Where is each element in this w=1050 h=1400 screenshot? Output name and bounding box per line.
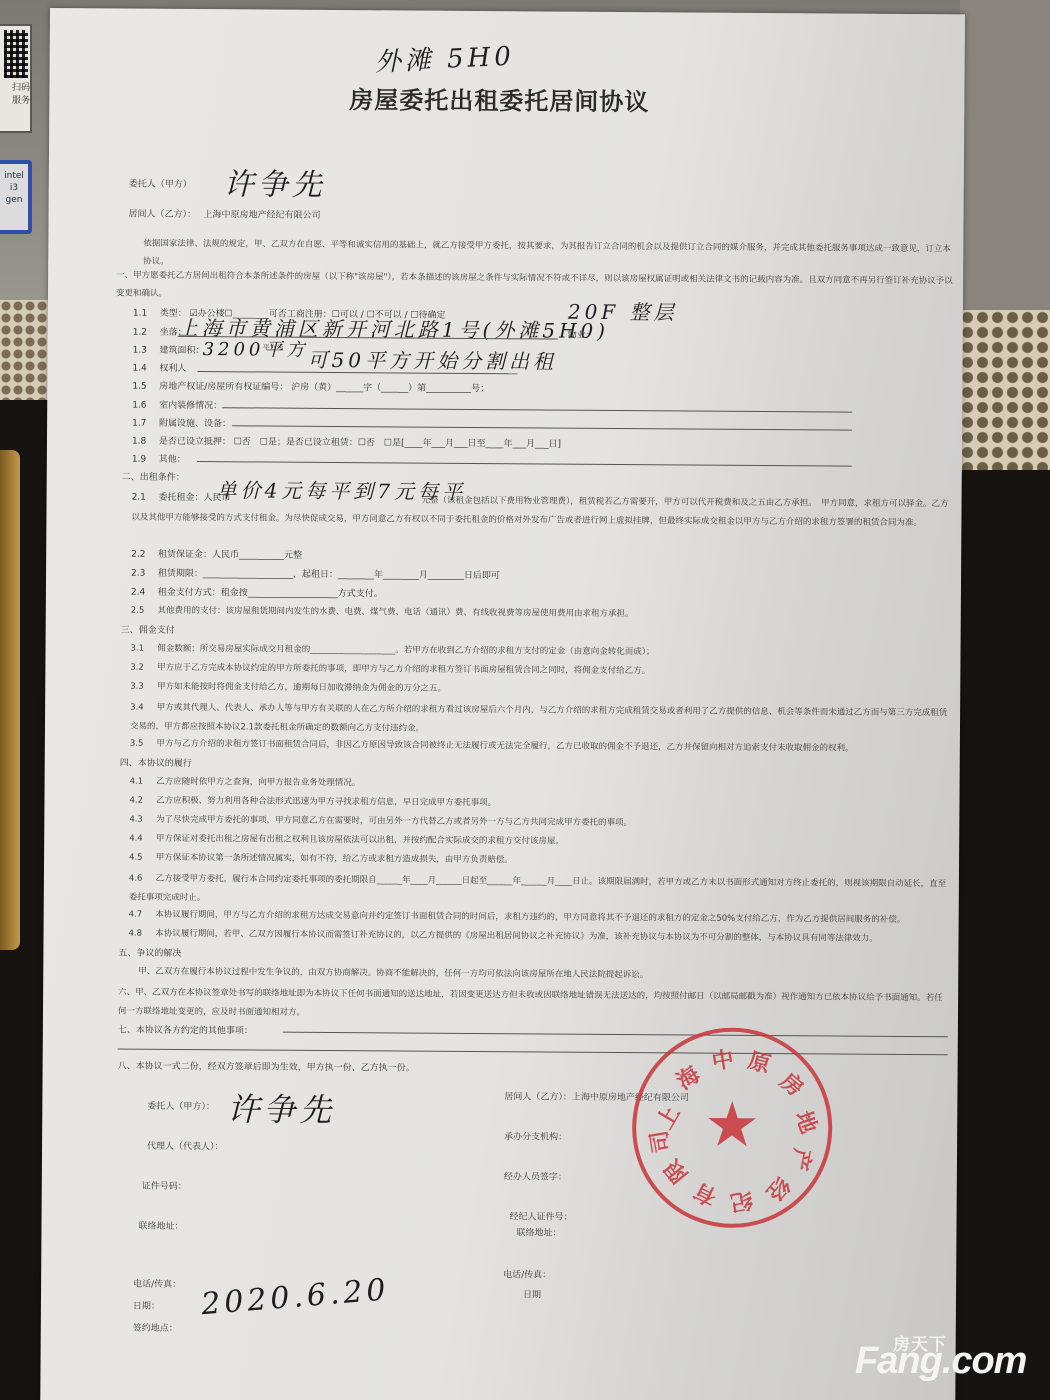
- seal-char: 地: [789, 1106, 826, 1137]
- client-signature-top: 许争先: [224, 159, 326, 204]
- agent-label: 居间人（乙方）：: [129, 207, 197, 220]
- section6-text: 六、甲、乙双方在本协议签章处书写的联络地址即为本协议下任何书面通知的送达地址，若…: [118, 983, 948, 1027]
- section7-text: 七、本协议各方约定的其他事项：: [118, 1022, 253, 1036]
- seal-char: 司: [642, 1128, 676, 1155]
- sig-branch-label: 承办分支机构：: [504, 1129, 567, 1142]
- handwritten-area: 3200平方: [203, 335, 309, 362]
- other-line: [197, 461, 852, 467]
- item-4-3: 4.3 为了尽快完成甲方委托的事项，甲方同意乙方在需要时，可由另外一方代替乙方或…: [129, 813, 949, 831]
- sig-broker-id-label: 经纪人证件号：: [510, 1209, 573, 1222]
- sig-date-value: 2020.6.20: [200, 1272, 391, 1322]
- other-matters-line-1: [283, 1032, 948, 1038]
- qr-sticker-line2: 服务: [0, 93, 30, 106]
- laptop-edge: [960, 0, 1050, 310]
- item-3-1: 3.1 佣金数额：所交易房屋实际成交月租金的__________________…: [130, 642, 950, 660]
- item-3-2: 3.2 甲方应于乙方完成本协议约定的甲方所委托的事项，即甲方与乙方介绍的求租方签…: [130, 661, 950, 679]
- item-1-7: 1.7 附属设施、设备：: [132, 416, 231, 430]
- sig-right-phone-label: 电话/传真：: [503, 1267, 551, 1280]
- item-4-2: 4.2 乙方应积极、努力利用各种合法形式迅速为甲方寻找求租方信息，早日完成甲方委…: [129, 794, 949, 812]
- item-2-1-text: 元整（该租金包括以下费用物业管理费），租赁税若乙方需要开，甲方可以代开税费和及之…: [131, 490, 951, 554]
- item-2-4: 2.4 租金支付方式：租金按____________________方式支付。: [131, 585, 383, 600]
- item-3-4: 3.4 甲方或其代理人、代表人、承办人等与甲方有关联的人在乙方所介绍的求租方看过…: [130, 699, 950, 743]
- section5-heading: 五、争议的解决: [118, 946, 181, 959]
- seal-char: 有: [688, 1176, 721, 1213]
- section5-text: 甲、乙双方在履行本协议过程中发生争议的，由双方协商解决。协商不能解决的，任何一方…: [138, 965, 948, 983]
- section4-heading: 四、本协议的履行: [120, 756, 192, 770]
- qr-code-icon: [4, 30, 28, 78]
- section2-heading: 二、出租条件：: [122, 470, 185, 483]
- seal-char: 原: [745, 1044, 774, 1080]
- seal-char: 房: [774, 1065, 811, 1103]
- item-4-6: 4.6 乙方接受甲方委托，履行本合同约定委托事项的委托期限自______年___…: [129, 870, 949, 914]
- section8-text: 八、本协议一式二份，经双方签章后即为生效，甲方执一份、乙方执一份。: [118, 1058, 415, 1073]
- sig-client-signature: 许争先: [227, 1084, 335, 1131]
- seal-star-icon: ★: [704, 1094, 760, 1156]
- fang-watermark: 房天下 Fang.com: [855, 1330, 1045, 1390]
- item-4-4: 4.4 甲方保证对委托出租之房屋有出租之权利且该房屋依法可以出租，并按约配合实际…: [129, 832, 949, 850]
- intel-gen: gen: [0, 194, 28, 206]
- handwritten-header: 外滩 5H0: [374, 36, 516, 79]
- company-seal: ★ 上 海 中 原 房 地 产 经 纪 有 限 司: [632, 1027, 833, 1228]
- seal-char: 纪: [728, 1185, 755, 1219]
- sig-handler-label: 经办人员签字：: [504, 1169, 567, 1182]
- seal-char: 产: [785, 1146, 819, 1173]
- item-4-8: 4.8 本协议履行期间，若甲、乙双方因履行本协议而需签订补充协议的，以乙方提供的…: [129, 927, 949, 945]
- item-2-5: 2.5 其他费用的支付：该房屋租赁期间内发生的水费、电费、煤气费、电话（通讯）费…: [131, 604, 951, 622]
- item-2-3: 2.3 租赁期限：____________________，起租日：______…: [131, 566, 500, 582]
- qr-sticker-line1: 扫码: [0, 80, 30, 93]
- agent-name: 上海中原房地产经纪有限公司: [204, 207, 321, 221]
- phone-edge: [0, 450, 20, 950]
- seal-char: 限: [656, 1154, 694, 1191]
- intel-model: i3: [0, 182, 28, 194]
- item-4-5: 4.5 甲方保证本协议第一条所述情况属实，如有不符，给乙方或求租方造成损失，由甲…: [129, 851, 949, 869]
- seal-char: 经: [760, 1171, 798, 1208]
- sig-right-date-label: 日期: [523, 1287, 541, 1300]
- sig-representative-label: 代理人（代表人）：: [147, 1139, 224, 1153]
- watermark-en: Fang.com: [855, 1340, 1026, 1383]
- seal-char: 中: [709, 1042, 736, 1076]
- decoration-line: [222, 407, 852, 412]
- sig-address-label: 联络地址：: [138, 1219, 183, 1232]
- client-label: 委托人（甲方）: [129, 177, 192, 190]
- intel-sticker: intel i3 gen: [0, 160, 32, 234]
- item-1-5: 1.5 房地产权证/房屋所有权证编号： 沪房（黄）______字（______）…: [132, 379, 489, 394]
- sig-client-label: 委托人（甲方）：: [147, 1099, 215, 1112]
- property-mgmt-label: 物业：: [568, 328, 595, 341]
- qr-sticker: 扫码 服务: [0, 24, 32, 133]
- item-1-9: 1.9 其他：: [132, 452, 186, 465]
- sig-id-label: 证件号码：: [142, 1179, 187, 1192]
- contract-paper: 外滩 5H0 房屋委托出租委托居间协议 委托人（甲方） 许争先 居间人（乙方）：…: [40, 8, 965, 1400]
- facilities-line: [232, 425, 852, 430]
- intel-logo: intel: [0, 170, 28, 182]
- item-3-3: 3.3 甲方如未能按时将佣金支付给乙方，逾期每日加收滞纳金为佣金的万分之五。: [130, 680, 950, 698]
- section3-heading: 三、佣金支付: [121, 623, 175, 636]
- handwritten-split-note: 可50平方开始分割出租: [307, 344, 557, 375]
- sig-place-label: 签约地点：: [133, 1321, 178, 1334]
- item-4-1: 4.1 乙方应随时依甲方之查询，向甲方报告业务处理情况。: [130, 775, 950, 793]
- document-title: 房屋委托出租委托居间协议: [349, 80, 649, 117]
- item-1-8: 1.8 是否已设立抵押： ☐否 ☐是；是否已设立租赁：☐否 ☐是[____年__…: [132, 434, 561, 450]
- item-1-3: 1.3 建筑面积：: [133, 343, 205, 357]
- item-1-4: 1.4 权利人: [132, 361, 186, 374]
- speaker-grille: [960, 310, 1050, 470]
- sig-phone-label: 电话/传真：: [133, 1277, 181, 1290]
- section1-heading: 一、甲方愿委托乙方居间出租符合本条所述条件的房屋（以下称"该房屋"），若本条描述…: [116, 266, 956, 308]
- item-2-2: 2.2 租赁保证金：人民币__________元整: [131, 547, 302, 561]
- sig-right-address-label: 联络地址：: [516, 1225, 561, 1238]
- other-matters-line-2: [118, 1048, 948, 1055]
- sig-date-label: 日期：: [133, 1299, 160, 1312]
- seal-char: 海: [670, 1058, 706, 1096]
- area-unit: 平方米: [263, 342, 284, 352]
- item-1-6: 1.6 室内装修情况：: [132, 398, 222, 412]
